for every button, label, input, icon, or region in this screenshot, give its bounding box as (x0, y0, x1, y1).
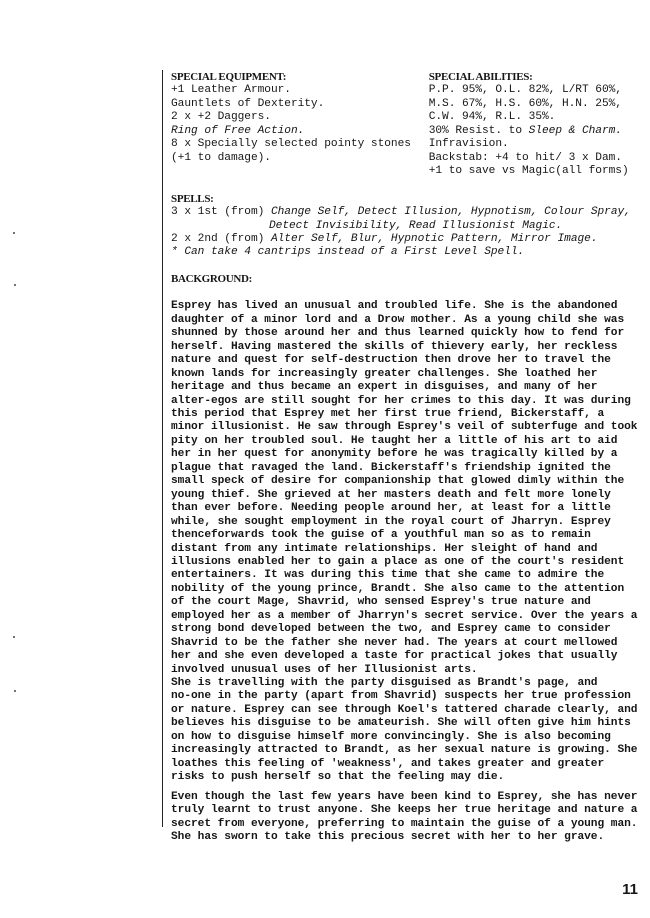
spell-list-continued: Detect Invisibility, Read Illusionist Ma… (171, 220, 641, 233)
background-heading: BACKGROUND: (171, 273, 641, 286)
text-line: nobility of the young prince, Brandt. Sh… (171, 583, 641, 596)
text-line: secret from everyone, preferring to main… (171, 818, 641, 831)
resist-spells: Sleep & Charm. (529, 125, 622, 137)
equipment-item: Ring of Free Action. (171, 125, 429, 138)
equipment-item: 2 x +2 Daggers. (171, 111, 429, 124)
special-equipment-heading: SPECIAL EQUIPMENT: (171, 71, 429, 84)
scan-speck (14, 690, 16, 692)
text-line: on how to disguise himself more convinci… (171, 731, 641, 744)
text-line: She has sworn to take this precious secr… (171, 831, 641, 844)
text-line: nature and quest for self-destruction th… (171, 354, 641, 367)
text-line: increasingly attracted to Brandt, as her… (171, 744, 641, 757)
equipment-abilities-columns: SPECIAL EQUIPMENT: +1 Leather Armour. Ga… (171, 71, 641, 179)
text-line: heritage and thus became an expert in di… (171, 381, 641, 394)
equipment-item: +1 Leather Armour. (171, 84, 429, 97)
text-line: minor illusionist. He saw through Esprey… (171, 421, 641, 434)
text-line: entertainers. It was during this time th… (171, 569, 641, 582)
text-line: than ever before. Needing people around … (171, 502, 641, 515)
special-abilities-heading: SPECIAL ABILITIES: (429, 71, 641, 84)
text-line: strong bond developed between the two, a… (171, 623, 641, 636)
text-line: this period that Esprey met her first tr… (171, 408, 641, 421)
text-line: risks to push herself so that the feelin… (171, 771, 641, 784)
text-line: while, she sought employment in the roya… (171, 516, 641, 529)
text-line: She is travelling with the party disguis… (171, 677, 641, 690)
ability-line: Infravision. (429, 138, 641, 151)
equipment-item: 8 x Specially selected pointy stones (171, 138, 429, 151)
text-line: known lands for increasingly greater cha… (171, 368, 641, 381)
character-sheet-content: SPECIAL EQUIPMENT: +1 Leather Armour. Ga… (171, 71, 641, 844)
text-line: truly learnt to trust anyone. She keeps … (171, 804, 641, 817)
spell-note: * Can take 4 cantrips instead of a First… (171, 246, 641, 259)
scan-speck (14, 284, 16, 286)
text-line: no-one in the party (apart from Shavrid)… (171, 690, 641, 703)
ability-line: +1 to save vs Magic(all forms) (429, 165, 641, 178)
spells-section: SPELLS: 3 x 1st (from) Change Self, Dete… (171, 193, 641, 260)
scan-speck (13, 636, 15, 638)
equipment-item: Gauntlets of Dexterity. (171, 98, 429, 111)
spell-row-first-level: 3 x 1st (from) Change Self, Detect Illus… (171, 206, 641, 219)
text-line: daughter of a minor lord and a Drow moth… (171, 314, 641, 327)
document-page: SPECIAL EQUIPMENT: +1 Leather Armour. Ga… (0, 0, 650, 918)
page-number: 11 (622, 881, 638, 898)
text-line: Esprey has lived an unusual and troubled… (171, 300, 641, 313)
text-line: distant from any intimate relationships.… (171, 543, 641, 556)
spell-count: 2 x 2nd (from) (171, 233, 271, 245)
text-line: her in her quest for anonymity before he… (171, 448, 641, 461)
text-line: small speck of desire for companionship … (171, 475, 641, 488)
text-line: of the court Mage, Shavrid, who sensed E… (171, 596, 641, 609)
text-line: Shavrid to be the father she never had. … (171, 637, 641, 650)
text-line: illusions enabled her to gain a place as… (171, 556, 641, 569)
equipment-item: (+1 to damage). (171, 152, 429, 165)
text-line: believes his disguise to be amateurish. … (171, 717, 641, 730)
text-line: or nature. Esprey can see through Koel's… (171, 704, 641, 717)
spell-list: Alter Self, Blur, Hypnotic Pattern, Mirr… (271, 233, 598, 245)
text-line: thenceforwards took the guise of a youth… (171, 529, 641, 542)
text-line: her and she even developed a taste for p… (171, 650, 641, 663)
ability-line: Backstab: +4 to hit/ 3 x Dam. (429, 152, 641, 165)
spell-list: Change Self, Detect Illusion, Hypnotism,… (271, 206, 631, 218)
ability-line: C.W. 94%, R.L. 35%. (429, 111, 641, 124)
background-paragraph-2: Even though the last few years have been… (171, 791, 641, 845)
background-paragraph-1: Esprey has lived an unusual and troubled… (171, 300, 641, 784)
scan-speck (13, 232, 15, 234)
text-line: alter-egos are still sought for her crim… (171, 395, 641, 408)
text-line: plague that ravaged the land. Bickerstaf… (171, 462, 641, 475)
text-line: employed her as a member of Jharryn's se… (171, 610, 641, 623)
text-line: Even though the last few years have been… (171, 791, 641, 804)
special-equipment-section: SPECIAL EQUIPMENT: +1 Leather Armour. Ga… (171, 71, 429, 179)
margin-rule (162, 70, 163, 827)
ability-line: P.P. 95%, O.L. 82%, L/RT 60%, (429, 84, 641, 97)
resist-prefix: 30% Resist. to (429, 125, 529, 137)
text-line: young thief. She grieved at her masters … (171, 489, 641, 502)
special-abilities-section: SPECIAL ABILITIES: P.P. 95%, O.L. 82%, L… (429, 71, 641, 179)
spell-row-second-level: 2 x 2nd (from) Alter Self, Blur, Hypnoti… (171, 233, 641, 246)
text-line: herself. Having mastered the skills of t… (171, 341, 641, 354)
text-line: loathes this feeling of 'weakness', and … (171, 758, 641, 771)
spell-count: 3 x 1st (from) (171, 206, 271, 218)
text-line: involved unusual uses of her Illusionist… (171, 664, 641, 677)
text-line: pity on her troubled soul. He taught her… (171, 435, 641, 448)
spells-heading: SPELLS: (171, 193, 641, 206)
ability-line: 30% Resist. to Sleep & Charm. (429, 125, 641, 138)
ability-line: M.S. 67%, H.S. 60%, H.N. 25%, (429, 98, 641, 111)
text-line: shunned by those around her and thus lea… (171, 327, 641, 340)
